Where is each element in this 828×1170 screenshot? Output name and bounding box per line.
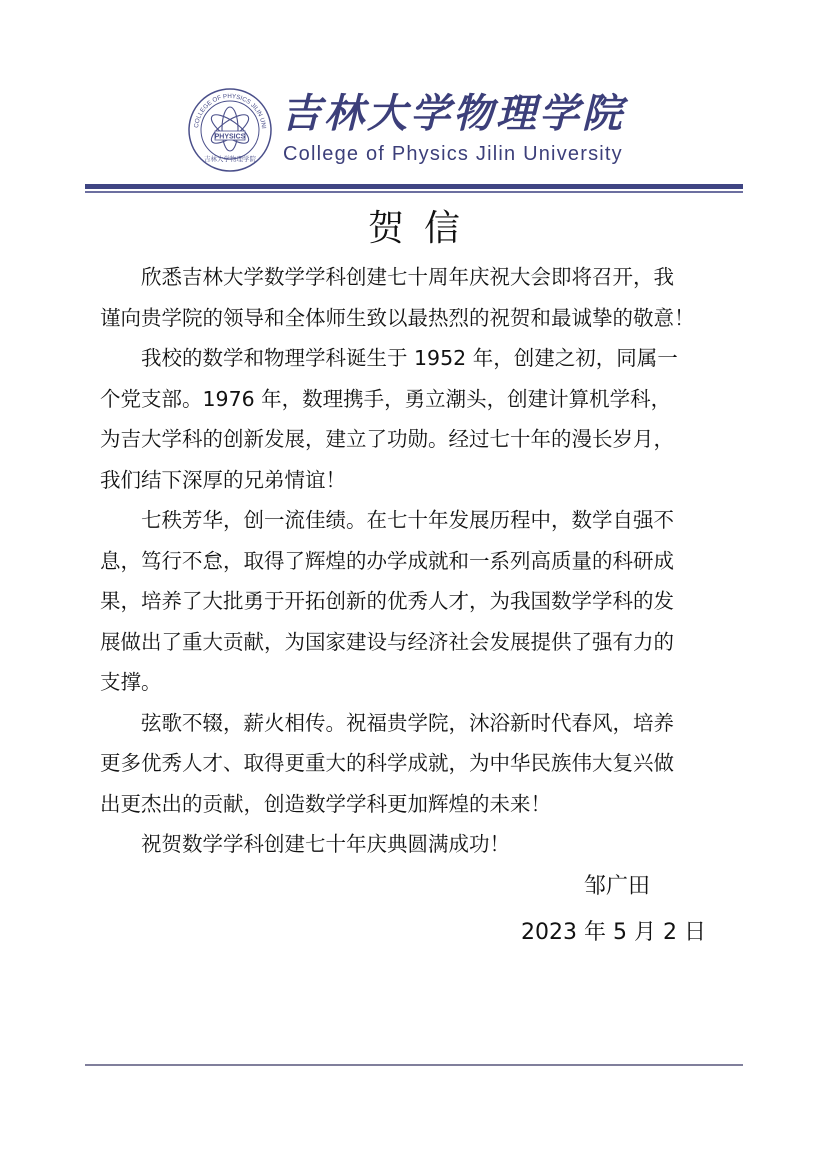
- text-line: 祝贺数学学科创建七十年庆典圆满成功！: [100, 824, 728, 865]
- text-line: 我校的数学和物理学科诞生于 1952 年，创建之初，同属一: [100, 338, 728, 379]
- text-line: 展做出了重大贡献，为国家建设与经济社会发展提供了强有力的: [59, 622, 728, 663]
- header-divider-thick: [85, 184, 743, 189]
- letter-body: 欣悉吉林大学数学学科创建七十周年庆祝大会即将召开，我谨向贵学院的领导和全体师生致…: [100, 257, 728, 865]
- paragraph-5: 祝贺数学学科创建七十年庆典圆满成功！: [100, 824, 728, 865]
- seal-bottom-text: 吉林大学物理学院: [204, 154, 257, 163]
- text-line: 谨向贵学院的领导和全体师生致以最热烈的祝贺和最诚挚的敬意！: [59, 298, 728, 339]
- letter-title: 贺信: [0, 207, 828, 251]
- text-line: 我们结下深厚的兄弟情谊！: [59, 460, 728, 501]
- header-divider-thin: [85, 191, 743, 193]
- text-line: 弦歌不辍，薪火相传。祝福贵学院，沐浴新时代春风，培养: [100, 703, 728, 744]
- footer-divider: [85, 1064, 743, 1066]
- paragraph-4: 弦歌不辍，薪火相传。祝福贵学院，沐浴新时代春风，培养更多优秀人才、取得更重大的科…: [100, 703, 728, 825]
- text-line: 更多优秀人才、取得更重大的科学成就，为中华民族伟大复兴做: [59, 743, 728, 784]
- paragraph-1: 欣悉吉林大学数学学科创建七十周年庆祝大会即将召开，我谨向贵学院的领导和全体师生致…: [100, 257, 728, 338]
- paragraph-2: 我校的数学和物理学科诞生于 1952 年，创建之初，同属一个党支部。1976 年…: [100, 338, 728, 500]
- seal-center-text: PHYSICS: [215, 134, 246, 141]
- signatory-name: 邹广田: [584, 865, 650, 909]
- text-line: 果，培养了大批勇于开拓创新的优秀人才，为我国数学学科的发: [59, 581, 728, 622]
- text-line: 个党支部。1976 年，数理携手，勇立潮头，创建计算机学科，: [59, 379, 728, 420]
- text-line: 支撑。: [59, 662, 728, 703]
- college-seal-icon: COLLEGE OF PHYSICS JILIN UNIVERSITY PHYS…: [187, 87, 273, 173]
- text-line: 欣悉吉林大学数学学科创建七十周年庆祝大会即将召开，我: [100, 257, 728, 298]
- paragraph-3: 七秩芳华，创一流佳绩。在七十年发展历程中，数学自强不息，笃行不怠，取得了辉煌的办…: [100, 500, 728, 703]
- college-name-chinese: 吉林大学物理学院: [281, 89, 625, 139]
- text-line: 为吉大学科的创新发展，建立了功勋。经过七十年的漫长岁月，: [59, 419, 728, 460]
- letterhead: COLLEGE OF PHYSICS JILIN UNIVERSITY PHYS…: [187, 87, 647, 177]
- text-line: 息，笃行不怠，取得了辉煌的办学成就和一系列高质量的科研成: [59, 541, 728, 582]
- text-line: 七秩芳华，创一流佳绩。在七十年发展历程中，数学自强不: [100, 500, 728, 541]
- text-line: 出更杰出的贡献，创造数学学科更加辉煌的未来！: [59, 784, 728, 825]
- college-name-english: College of Physics Jilin University: [283, 142, 623, 166]
- signature-date: 2023 年 5 月 2 日: [521, 911, 706, 955]
